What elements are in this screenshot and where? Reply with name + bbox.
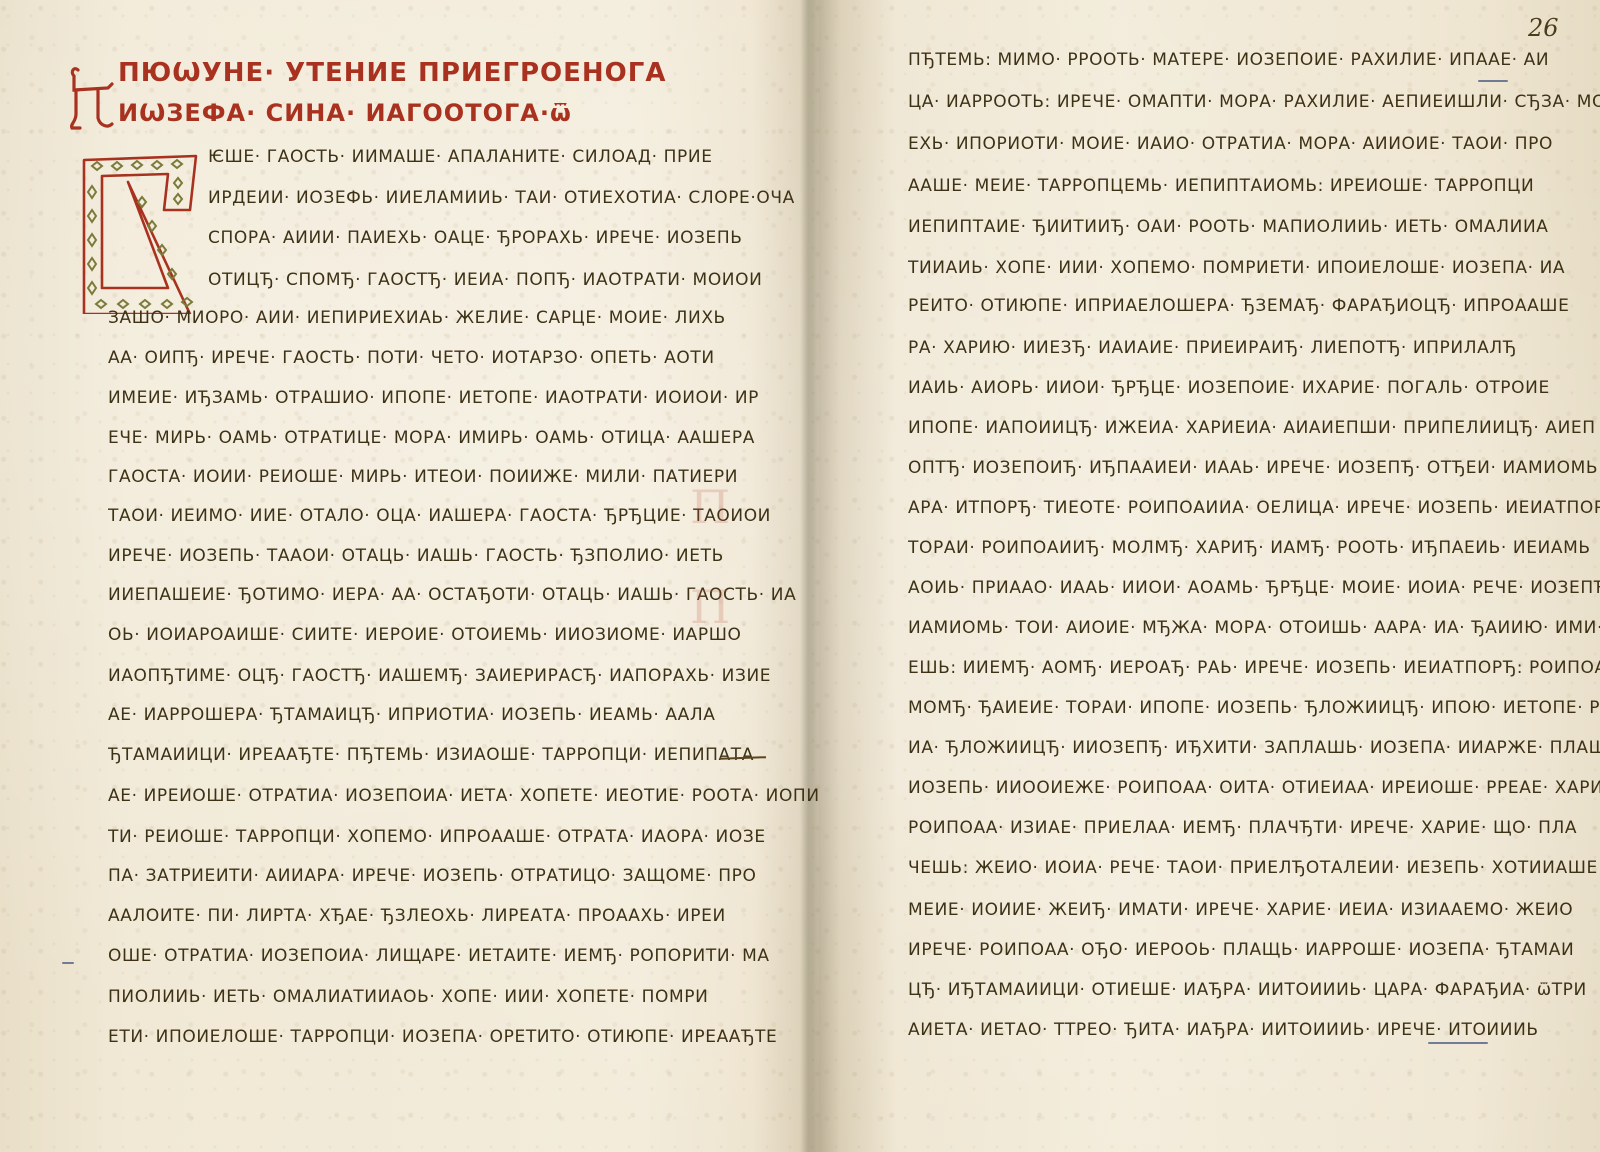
- text-line: ОЬ· ИОИАРОАИШЕ· СИИТЕ· ИЕРОИЕ· ОТОИЕМЬ· …: [108, 625, 742, 645]
- text-line: ПИОЛИИЬ· ИЕТЬ· ОМАЛИАТИИАОЬ· ХОПЕ· ИИИ· …: [108, 987, 708, 1007]
- text-line: ЕТИ· ИПОИЕЛОШЕ· ТАРРОПЦИ· ИОЗЕПА· ОРЕТИТ…: [108, 1027, 777, 1047]
- text-line: ИОЗЕПЬ· ИИООИЕЖЕ· РОИПОАА· ОИТА· ОТИЕИАА…: [908, 778, 1600, 798]
- text-line: ГАОСТА· ИОИИ· РЕИОШЕ· МИРЬ· ИТЕОИ· ПОИИЖ…: [108, 467, 738, 487]
- text-line: ТИ· РЕИОШЕ· ТАРРОПЦИ· ХОПЕМО· ИПРОААШЕ· …: [108, 827, 766, 847]
- right-page: ПЂТЕМЬ: МИМО· РРООТЬ· МАТЕРЕ· ИОЗЕПОИЕ· …: [818, 0, 1600, 1152]
- left-page: ПЮѠУНЕ· УТЕНИЕ ПРИЕГРОЕНОГА ИѠЗЕФА· СИНА…: [0, 0, 800, 1152]
- text-line: АИЕТА· ИЕТАО· ТТРЕО· ЂИТА· ИАЂРА· ИИТОИИ…: [908, 1020, 1539, 1040]
- text-line: МЕИЕ· ИОИИЕ· ЖЕИЂ· ИМАТИ· ИРЕЧЕ· ХАРИЕ· …: [908, 900, 1573, 920]
- text-line: СПОРА· АИИИ· ПАИЕХЬ· ОАЦЕ· ЂРОРАХЬ· ИРЕЧ…: [208, 228, 743, 248]
- blue-mark: [1428, 1042, 1488, 1044]
- text-line: ЦЂ· ИЂТАМАИИЦИ· ОТИЕШЕ· ИАЂРА· ИИТОИИИЬ·…: [908, 980, 1587, 1000]
- text-line: ИПОПЕ· ИАПОИИЦЂ· ИЖЕИА· ХАРИЕИА· АИАИЕПШ…: [908, 418, 1596, 438]
- text-line: АЕ· ИРЕИОШЕ· ОТРАТИА· ИОЗЕПОИА· ИЕТА· ХО…: [108, 786, 820, 806]
- text-line: АРА· ИТПОРЂ· ТИЕОТЕ· РОИПОАИИА· ОЕЛИЦА· …: [908, 498, 1600, 518]
- text-line: РЕИТО· ОТИЮПЕ· ИПРИАЕЛОШЕРА· ЂЗЕМАЂ· ФАР…: [908, 296, 1569, 316]
- text-line: РА· ХАРИЮ· ИИЕЗЂ· ИАИАИЕ· ПРИЕИРАИЂ· ЛИЕ…: [908, 338, 1517, 358]
- show-through-rubric: Π: [690, 580, 730, 634]
- text-line: ЧЕШЬ: ЖЕИО· ИОИА· РЕЧЕ· ТАОИ· ПРИЕЛЂОТАЛ…: [908, 858, 1598, 878]
- text-line: ЕШЬ: ИИЕМЂ· АОМЂ· ИЕРОАЂ· РАЬ· ИРЕЧЕ· ИО…: [908, 658, 1600, 678]
- text-line: ПЂТЕМЬ: МИМО· РРООТЬ· МАТЕРЕ· ИОЗЕПОИЕ· …: [908, 50, 1549, 70]
- text-line: ЕХЬ· ИПОРИОТИ· МОИЕ· ИАИО· ОТРАТИА· МОРА…: [908, 134, 1553, 154]
- rubric-initial-p-icon: [68, 62, 120, 132]
- folio-number: 26: [1528, 14, 1559, 42]
- text-line: ТАОИ· ИЕИМО· ИИЕ· ОТАЛО· ОЦА· ИАШЕРА· ГА…: [108, 506, 771, 526]
- text-line: ОТИЦЂ· СПОМЂ· ГАОСТЂ· ИЕИА· ПОПЂ· ИАОТРА…: [208, 270, 762, 290]
- text-line: ИРДЕИИ· ИОЗЕФЬ· ИИЕЛАМИИЬ· ТАИ· ОТИЕХОТИ…: [208, 188, 795, 208]
- text-line: ТИИАИЬ· ХОПЕ· ИИИ· ХОПЕМО· ПОМРИЕТИ· ИПО…: [908, 258, 1565, 278]
- text-line: ЕЧЕ· МИРЬ· ОАМЬ· ОТРАТИЦЕ· МОРА· ИМИРЬ· …: [108, 428, 755, 448]
- text-line: ААШЕ· МЕИЕ· ТАРРОПЦЕМЬ· ИЕПИПТАИОМЬ: ИРЕ…: [908, 176, 1534, 196]
- text-line: ИА· ЂЛОЖИИЦЂ· ИИОЗЕПЂ· ИЂХИТИ· ЗАПЛАШЬ· …: [908, 738, 1600, 758]
- text-line: ЂТАМАИИЦИ· ИРЕААЂТЕ· ПЂТЕМЬ· ИЗИАОШЕ· ТА…: [108, 745, 754, 765]
- rubric-title-line-1: ПЮѠУНЕ· УТЕНИЕ ПРИЕГРОЕНОГА: [118, 58, 666, 88]
- text-line: ИАМИОМЬ· ТОИ· АИОИЕ· МЂЖА· МОРА· ОТОИШЬ·…: [908, 618, 1600, 638]
- text-line: МОМЂ· ЂАИЕИЕ· ТОРАИ· ИПОПЕ· ИОЗЕПЬ· ЂЛОЖ…: [908, 698, 1600, 718]
- text-line: ИРЕЧЕ· РОИПОАА· ОЂО· ИЕРООЬ· ПЛАЩЬ· ИАРР…: [908, 940, 1574, 960]
- decorated-initial-b-icon: [82, 152, 202, 314]
- blue-mark: [1478, 80, 1508, 82]
- text-line: АЕ· ИАРРОШЕРА· ЂТАМАИЦЂ· ИПРИОТИА· ИОЗЕП…: [108, 705, 715, 725]
- blue-mark: [62, 962, 74, 964]
- show-through-rubric: Π: [690, 480, 730, 534]
- text-line: ПА· ЗАТРИЕИТИ· АИИАРА· ИРЕЧЕ· ИОЗЕПЬ· ОТ…: [108, 866, 756, 886]
- text-line: ОШЕ· ОТРАТИА· ИОЗЕПОИА· ЛИЩАРЕ· ИЕТАИТЕ·…: [108, 946, 770, 966]
- book-gutter: [800, 0, 818, 1152]
- text-line: ТОРАИ· РОИПОАИИЂ· МОЛМЂ· ХАРИЂ· ИАМЂ· РО…: [908, 538, 1591, 558]
- manuscript-spread: ПЮѠУНЕ· УТЕНИЕ ПРИЕГРОЕНОГА ИѠЗЕФА· СИНА…: [0, 0, 1600, 1152]
- text-line: ѤШЕ· ГАОСТЬ· ИИМАШЕ· АПАЛАНИТЕ· СИЛОАД· …: [208, 147, 713, 167]
- text-line: АА· ОИПЂ· ИРЕЧЕ· ГАОСТЬ· ПОТИ· ЧЕТО· ИОТ…: [108, 348, 715, 368]
- text-line: ОПТЂ· ИОЗЕПОИЂ· ИЂПААИЕИ· ИААЬ· ИРЕЧЕ· И…: [908, 458, 1598, 478]
- text-line: ИАОПЂТИМЕ· ОЦЂ· ГАОСТЂ· ИАШЕМЂ· ЗАИЕРИРА…: [108, 666, 771, 686]
- text-line: ЗАШО· МИОРО· АИИ· ИЕПИРИЕХИАЬ· ЖЕЛИЕ· СА…: [108, 308, 726, 328]
- text-line: ИМЕИЕ· ИЂЗАМЬ· ОТРАШИО· ИПОПЕ· ИЕТОПЕ· И…: [108, 388, 759, 408]
- text-line: ИЕПИПТАИЕ· ЂИИТИИЂ· ОАИ· РООТЬ· МАПИОЛИИ…: [908, 217, 1549, 237]
- text-line: ИРЕЧЕ· ИОЗЕПЬ· ТААОИ· ОТАЦЬ· ИАШЬ· ГАОСТ…: [108, 546, 724, 566]
- text-line: РОИПОАА· ИЗИАЕ· ПРИЕЛАА· ИЕМЂ· ПЛАЧЂТИ· …: [908, 818, 1577, 838]
- text-line: ИАИЬ· АИОРЬ· ИИОИ· ЂРЂЦЕ· ИОЗЕПОИЕ· ИХАР…: [908, 378, 1550, 398]
- text-line: ААЛОИТЕ· ПИ· ЛИРТА· ХЂАЕ· ЂЗЛЕОХЬ· ЛИРЕА…: [108, 906, 726, 926]
- text-line: АОИЬ· ПРИААО· ИААЬ· ИИОИ· АОАМЬ· ЂРЂЦЕ· …: [908, 578, 1600, 598]
- text-line: ЦА· ИАРРООТЬ: ИРЕЧЕ· ОМАПТИ· МОРА· РАХИЛ…: [908, 92, 1600, 112]
- rubric-title-line-2: ИѠЗЕФА· СИНА· ИАГООТОГА·ѿ: [118, 99, 572, 127]
